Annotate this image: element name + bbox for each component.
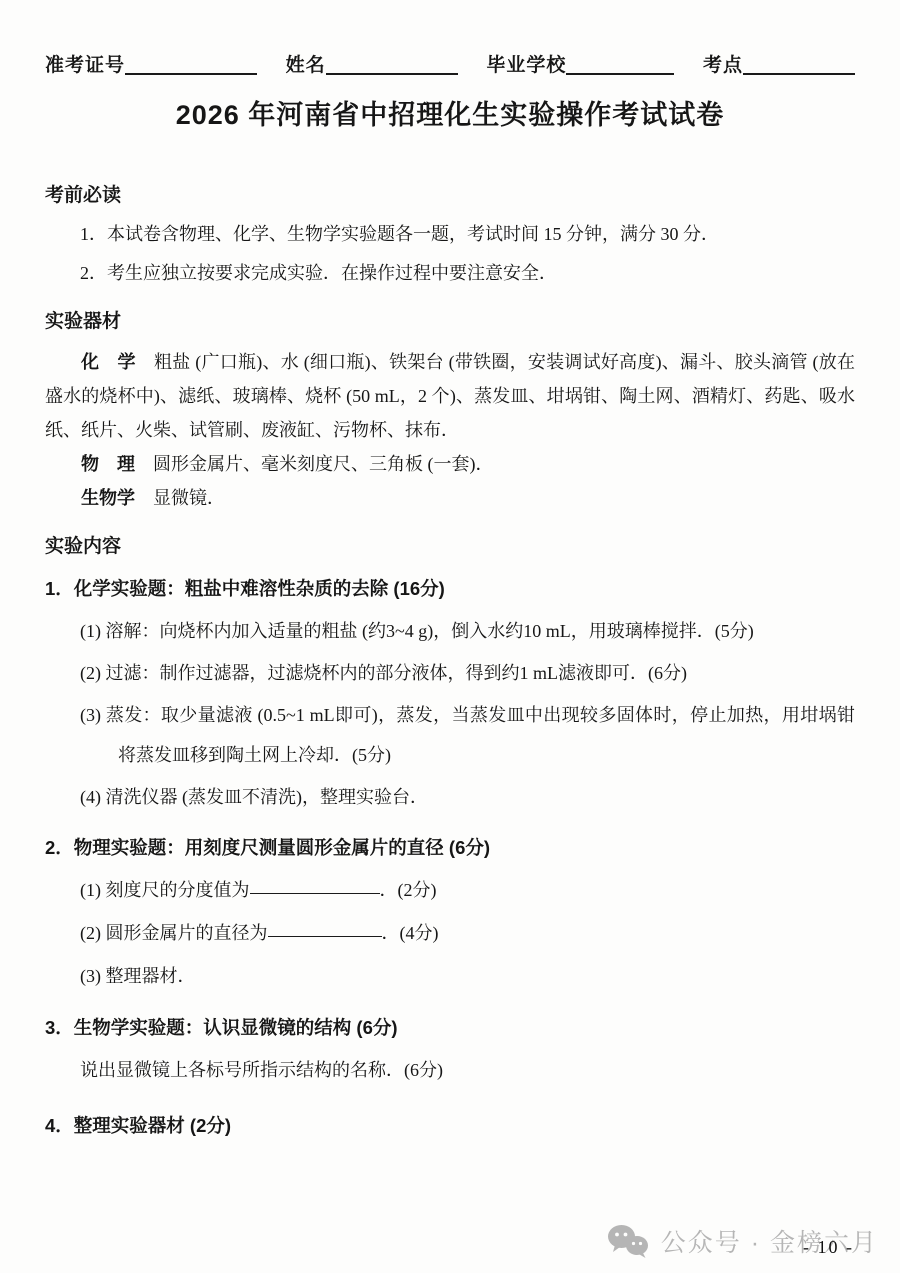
blank-prefix: (2) 圆形金属片的直径为: [80, 923, 268, 943]
blank-suffix: ．(2分): [380, 880, 437, 900]
page-title: 2026 年河南省中招理化生实验操作考试试卷: [45, 93, 855, 132]
fill-in-underline: [743, 73, 855, 75]
question-1-item-4: (4) 清洗仪器 (蒸发皿不清洗)，整理实验台．: [80, 777, 855, 817]
blank-prefix: (1) 刻度尺的分度值为: [80, 880, 250, 900]
notice-item: 2．考生应独立按要求完成实验．在操作过程中要注意安全．: [80, 261, 855, 285]
equipment-physics: 物 理 圆形金属片、毫米刻度尺、三角板 (一套)．: [45, 447, 855, 481]
exam-paper-page: 准考证号 姓名 毕业学校 考点 2026 年河南省中招理化生实验操作考试试卷 考…: [0, 0, 900, 1273]
header-field-label: 准考证号: [45, 50, 125, 77]
fill-in-underline: [566, 73, 674, 75]
section-heading-content: 实验内容: [45, 531, 855, 558]
section-heading-equipment: 实验器材: [45, 306, 855, 333]
answer-blank-underline: [268, 936, 382, 937]
header-field-exam-site: 考点: [703, 50, 855, 77]
wechat-icon: [607, 1224, 649, 1258]
section-heading-notice: 考前必读: [45, 180, 855, 207]
blank-suffix: ．(4分): [382, 923, 439, 943]
answer-blank-underline: [250, 893, 380, 894]
equipment-chemistry-label: 化 学: [81, 352, 136, 372]
header-field-label: 考点: [703, 50, 743, 77]
header-field-admission-number: 准考证号: [45, 50, 257, 77]
question-2-item-3: (3) 整理器材．: [80, 956, 855, 997]
equipment-chemistry-text: 粗盐 (广口瓶)、水 (细口瓶)、铁架台 (带铁圈，安装调试好高度)、漏斗、胶头…: [45, 352, 855, 440]
question-1-item-1: (1) 溶解：向烧杯内加入适量的粗盐 (约3~4 g)，倒入水约10 mL，用玻…: [80, 611, 855, 651]
question-2-item-1: (1) 刻度尺的分度值为．(2分): [80, 870, 855, 911]
equipment-biology: 生物学 显微镜．: [45, 481, 855, 515]
question-1-title: 1．化学实验题：粗盐中难溶性杂质的去除 (16分): [45, 577, 855, 601]
question-1-item-2: (2) 过滤：制作过滤器，过滤烧杯内的部分液体，得到约1 mL滤液即可．(6分): [80, 653, 855, 693]
question-3-title: 3．生物学实验题：认识显微镜的结构 (6分): [45, 1016, 855, 1040]
question-1-item-3: (3) 蒸发：取少量滤液 (0.5~1 mL即可)，蒸发，当蒸发皿中出现较多固体…: [80, 695, 855, 775]
equipment-biology-label: 生物学: [81, 488, 135, 508]
header-field-label: 姓名: [286, 50, 326, 77]
page-number: - 10 -: [803, 1237, 854, 1258]
equipment-physics-label: 物 理: [81, 454, 135, 474]
header-field-school: 毕业学校: [486, 50, 674, 77]
fill-in-underline: [125, 73, 257, 75]
exam-header: 准考证号 姓名 毕业学校 考点: [45, 50, 855, 77]
question-4-title: 4．整理实验器材 (2分): [45, 1114, 855, 1138]
header-field-name: 姓名: [286, 50, 458, 77]
notice-item: 1．本试卷含物理、化学、生物学实验题各一题，考试时间 15 分钟，满分 30 分…: [80, 222, 855, 246]
equipment-biology-text: 显微镜．: [153, 488, 225, 508]
header-field-label: 毕业学校: [486, 50, 566, 77]
question-2-title: 2．物理实验题：用刻度尺测量圆形金属片的直径 (6分): [45, 836, 855, 860]
question-3-body: 说出显微镜上各标号所指示结构的名称．(6分): [80, 1050, 855, 1090]
question-2-item-2: (2) 圆形金属片的直径为．(4分): [80, 913, 855, 954]
equipment-chemistry: 化 学 粗盐 (广口瓶)、水 (细口瓶)、铁架台 (带铁圈，安装调试好高度)、漏…: [45, 345, 855, 447]
equipment-physics-text: 圆形金属片、毫米刻度尺、三角板 (一套)．: [153, 454, 494, 474]
fill-in-underline: [326, 73, 458, 75]
